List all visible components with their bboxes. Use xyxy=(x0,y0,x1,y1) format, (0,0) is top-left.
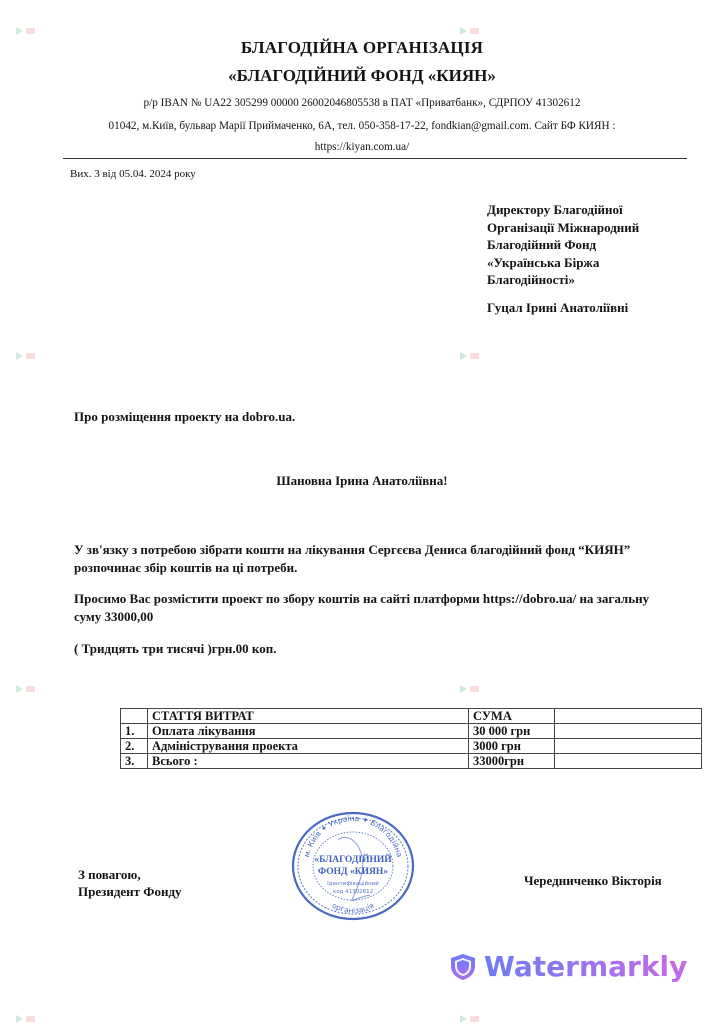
signature-block: З повагою, Президент Фонду xyxy=(78,866,182,900)
cost-table: СТАТТЯ ВИТРАТ СУМА 1. Оплата лікування 3… xyxy=(120,708,702,769)
row-item: Всього : xyxy=(148,754,469,769)
row-item: Оплата лікування xyxy=(148,724,469,739)
svg-text:організація: організація xyxy=(331,901,376,915)
header-item: СТАТТЯ ВИТРАТ xyxy=(148,709,469,724)
watermark-tile-icon xyxy=(14,350,38,362)
body-paragraph-2: Просимо Вас розмістити проект по збору к… xyxy=(74,590,674,626)
svg-text:Ідентифікаційний: Ідентифікаційний xyxy=(327,880,379,887)
outgoing-number: Вих. 3 від 05.04. 2024 року xyxy=(70,168,196,180)
organization-name-heading: «БЛАГОДІЙНИЙ ФОНД «КИЯН» xyxy=(0,66,724,86)
watermarkly-watermark: Watermarkly xyxy=(450,950,687,983)
table-row: 1. Оплата лікування 30 000 грн xyxy=(121,724,702,739)
subject-site-link[interactable]: dobro.ua. xyxy=(242,409,295,424)
bank-requisites: р/р IBAN № UA22 305299 00000 26002046805… xyxy=(0,97,724,109)
watermark-brand-text: Watermarkly xyxy=(484,950,687,983)
addressee-name: Гуцал Ірині Анатоліївні xyxy=(487,300,628,316)
body-paragraph-1: У зв'язку з потребою зібрати кошти на лі… xyxy=(74,541,674,577)
watermark-tile-icon xyxy=(14,1013,38,1024)
blank-cell xyxy=(555,709,702,724)
header-sum: СУМА xyxy=(469,709,555,724)
watermark-tile-icon xyxy=(14,25,38,37)
website-link[interactable]: https://kiyan.com.ua/ xyxy=(0,141,724,153)
watermark-tile-icon xyxy=(458,25,482,37)
contact-details: 01042, м.Київ, бульвар Марії Приймаченко… xyxy=(0,120,724,132)
watermark-tile-icon xyxy=(458,350,482,362)
watermark-tile-icon xyxy=(458,1013,482,1024)
addressee-block: Директору Благодійної Організації Міжнар… xyxy=(487,201,639,289)
row-num: 1. xyxy=(121,724,148,739)
svg-text:код 41302612: код 41302612 xyxy=(333,889,373,895)
signer-position: Президент Фонду xyxy=(78,883,182,900)
blank-cell xyxy=(555,724,702,739)
watermark-tile-icon xyxy=(14,683,38,695)
row-sum: 30 000 грн xyxy=(469,724,555,739)
row-sum: 3000 грн xyxy=(469,739,555,754)
addressee-line: «Українська Біржа xyxy=(487,254,639,272)
row-item: Адміністрування проекта xyxy=(148,739,469,754)
amount-in-words: ( Тридцять три тисячі )грн.00 коп. xyxy=(74,640,674,658)
row-num: 3. xyxy=(121,754,148,769)
table-row: 3. Всього : 33000грн xyxy=(121,754,702,769)
organization-type-heading: БЛАГОДІЙНА ОРГАНІЗАЦІЯ xyxy=(0,38,724,58)
watermark-tile-icon xyxy=(458,683,482,695)
header-num xyxy=(121,709,148,724)
shield-icon xyxy=(450,953,476,981)
blank-cell xyxy=(555,739,702,754)
blank-cell xyxy=(555,754,702,769)
svg-text:ФОНД «КИЯН»: ФОНД «КИЯН» xyxy=(318,867,388,877)
svg-text:«БЛАГОДІЙНИЙ: «БЛАГОДІЙНИЙ xyxy=(314,853,392,865)
signer-name: Чередниченко Вікторія xyxy=(524,873,662,889)
table-row: 2. Адміністрування проекта 3000 грн xyxy=(121,739,702,754)
addressee-line: Благодійності» xyxy=(487,271,639,289)
greeting: Шановна Ірина Анатоліївна! xyxy=(0,473,724,489)
row-num: 2. xyxy=(121,739,148,754)
addressee-line: Благодійний Фонд xyxy=(487,236,639,254)
addressee-line: Організації Міжнародний xyxy=(487,219,639,237)
row-sum: 33000грн xyxy=(469,754,555,769)
closing: З повагою, xyxy=(78,866,182,883)
subject-text: Про розміщення проекту на xyxy=(74,409,242,424)
organization-stamp-icon: м. Київ ✦ Україна ✦ Благодійна організац… xyxy=(290,810,416,922)
addressee-line: Директору Благодійної xyxy=(487,201,639,219)
letterhead-divider xyxy=(63,158,687,159)
table-header-row: СТАТТЯ ВИТРАТ СУМА xyxy=(121,709,702,724)
letter-subject: Про розміщення проекту на dobro.ua. xyxy=(74,409,295,425)
